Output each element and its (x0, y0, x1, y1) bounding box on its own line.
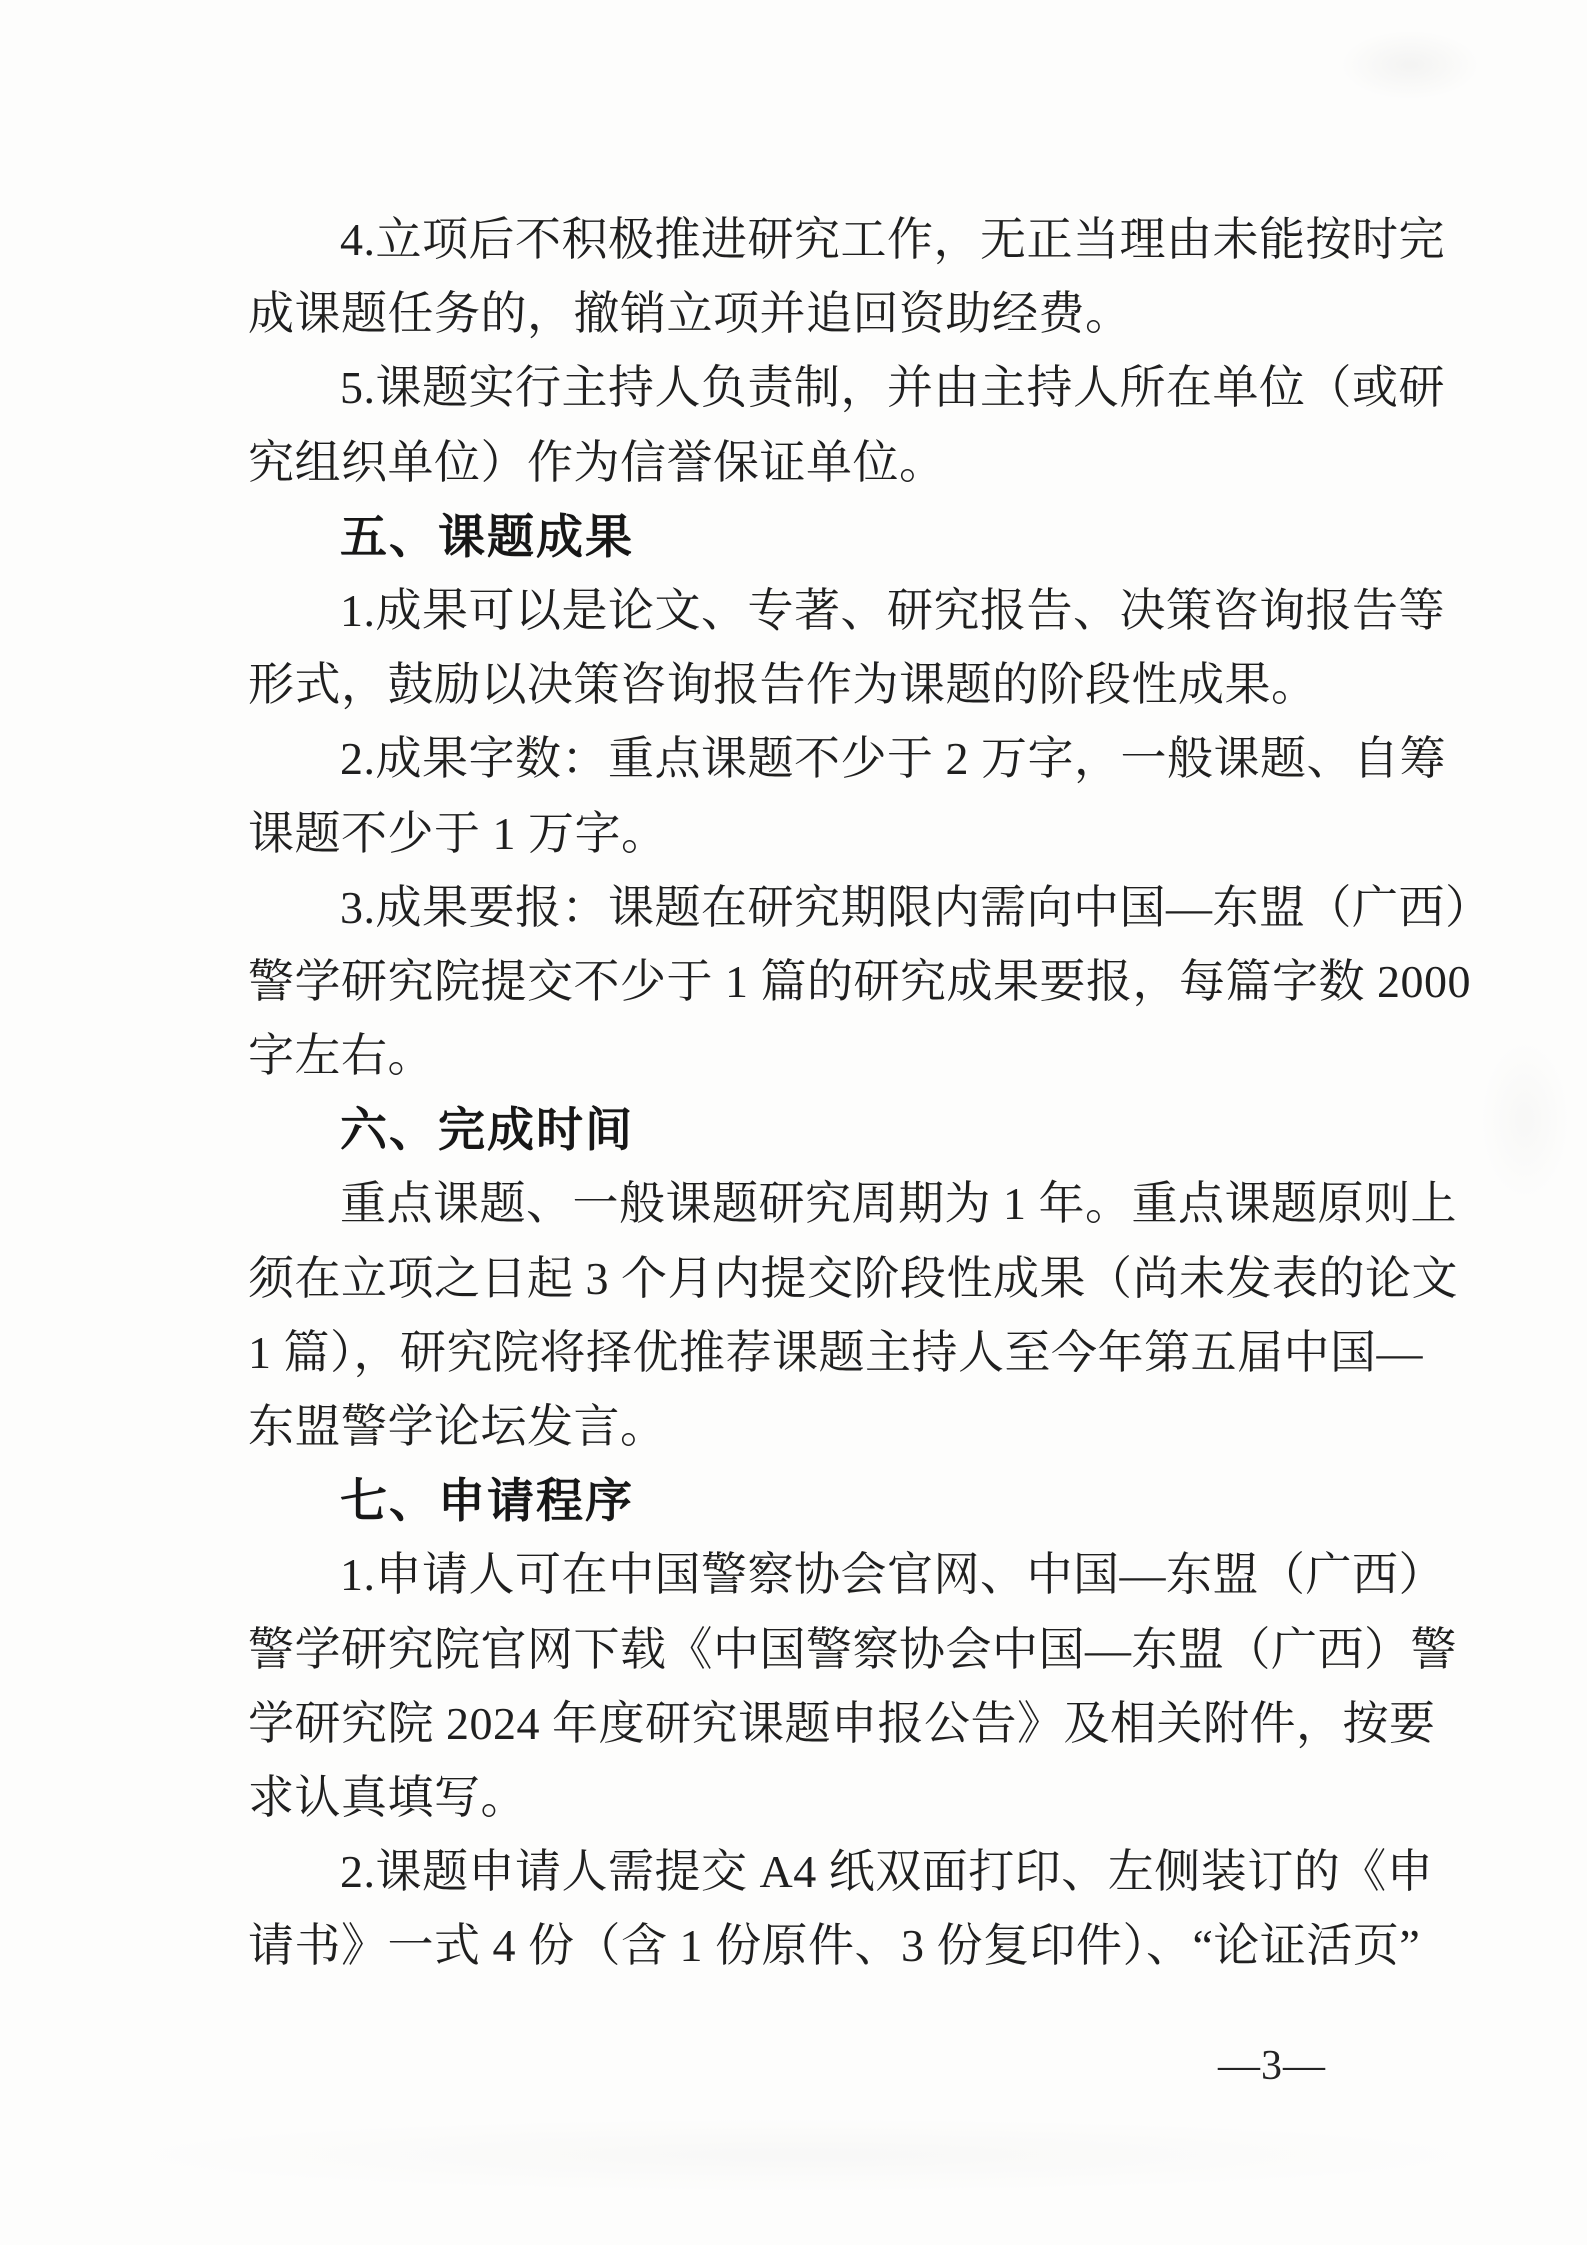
text-line: 请书》一式 4 份（含 1 份原件、3 份复印件）、“论证活页” (248, 1909, 1366, 1983)
text-line: 1.申请人可在中国警察协会官网、中国—东盟（广西） (248, 1538, 1366, 1612)
document-page: 4.立项后不积极推进研究工作，无正当理由未能按时完成课题任务的，撤销立项并追回资… (0, 0, 1587, 2245)
text-line: 形式，鼓励以决策咨询报告作为课题的阶段性成果。 (248, 648, 1366, 722)
text-line: 课题不少于 1 万字。 (248, 797, 1366, 871)
text-line: 警学研究院提交不少于 1 篇的研究成果要报，每篇字数 2000 (248, 945, 1366, 1019)
text-line: 1 篇），研究院将择优推荐课题主持人至今年第五届中国— (248, 1316, 1366, 1390)
text-line: 3.成果要报：课题在研究期限内需向中国—东盟（广西） (248, 871, 1366, 945)
section-heading: 七、申请程序 (248, 1464, 1366, 1538)
document-body: 4.立项后不积极推进研究工作，无正当理由未能按时完成课题任务的，撤销立项并追回资… (248, 203, 1366, 1984)
text-line: 2.成果字数：重点课题不少于 2 万字，一般课题、自筹 (248, 722, 1366, 796)
scan-smudge (150, 2120, 1450, 2190)
text-line: 5.课题实行主持人负责制，并由主持人所在单位（或研 (248, 351, 1366, 425)
text-line: 成课题任务的，撤销立项并追回资助经费。 (248, 277, 1366, 351)
text-line: 重点课题、一般课题研究周期为 1 年。重点课题原则上 (248, 1167, 1366, 1241)
section-heading: 六、完成时间 (248, 1093, 1366, 1167)
text-line: 2.课题申请人需提交 A4 纸双面打印、左侧装订的《申 (248, 1835, 1366, 1909)
scan-smudge (1340, 30, 1480, 100)
text-line: 4.立项后不积极推进研究工作，无正当理由未能按时完 (248, 203, 1366, 277)
text-line: 须在立项之日起 3 个月内提交阶段性成果（尚未发表的论文 (248, 1242, 1366, 1316)
text-line: 东盟警学论坛发言。 (248, 1390, 1366, 1464)
text-line: 警学研究院官网下载《中国警察协会中国—东盟（广西）警 (248, 1613, 1366, 1687)
text-line: 1.成果可以是论文、专著、研究报告、决策咨询报告等 (248, 574, 1366, 648)
text-line: 字左右。 (248, 1019, 1366, 1093)
scan-smudge (1480, 1040, 1570, 1200)
page-number: —3— (1218, 2036, 1326, 2096)
text-line: 究组织单位）作为信誉保证单位。 (248, 426, 1366, 500)
text-line: 学研究院 2024 年度研究课题申报公告》及相关附件，按要 (248, 1687, 1366, 1761)
section-heading: 五、课题成果 (248, 500, 1366, 574)
text-line: 求认真填写。 (248, 1761, 1366, 1835)
